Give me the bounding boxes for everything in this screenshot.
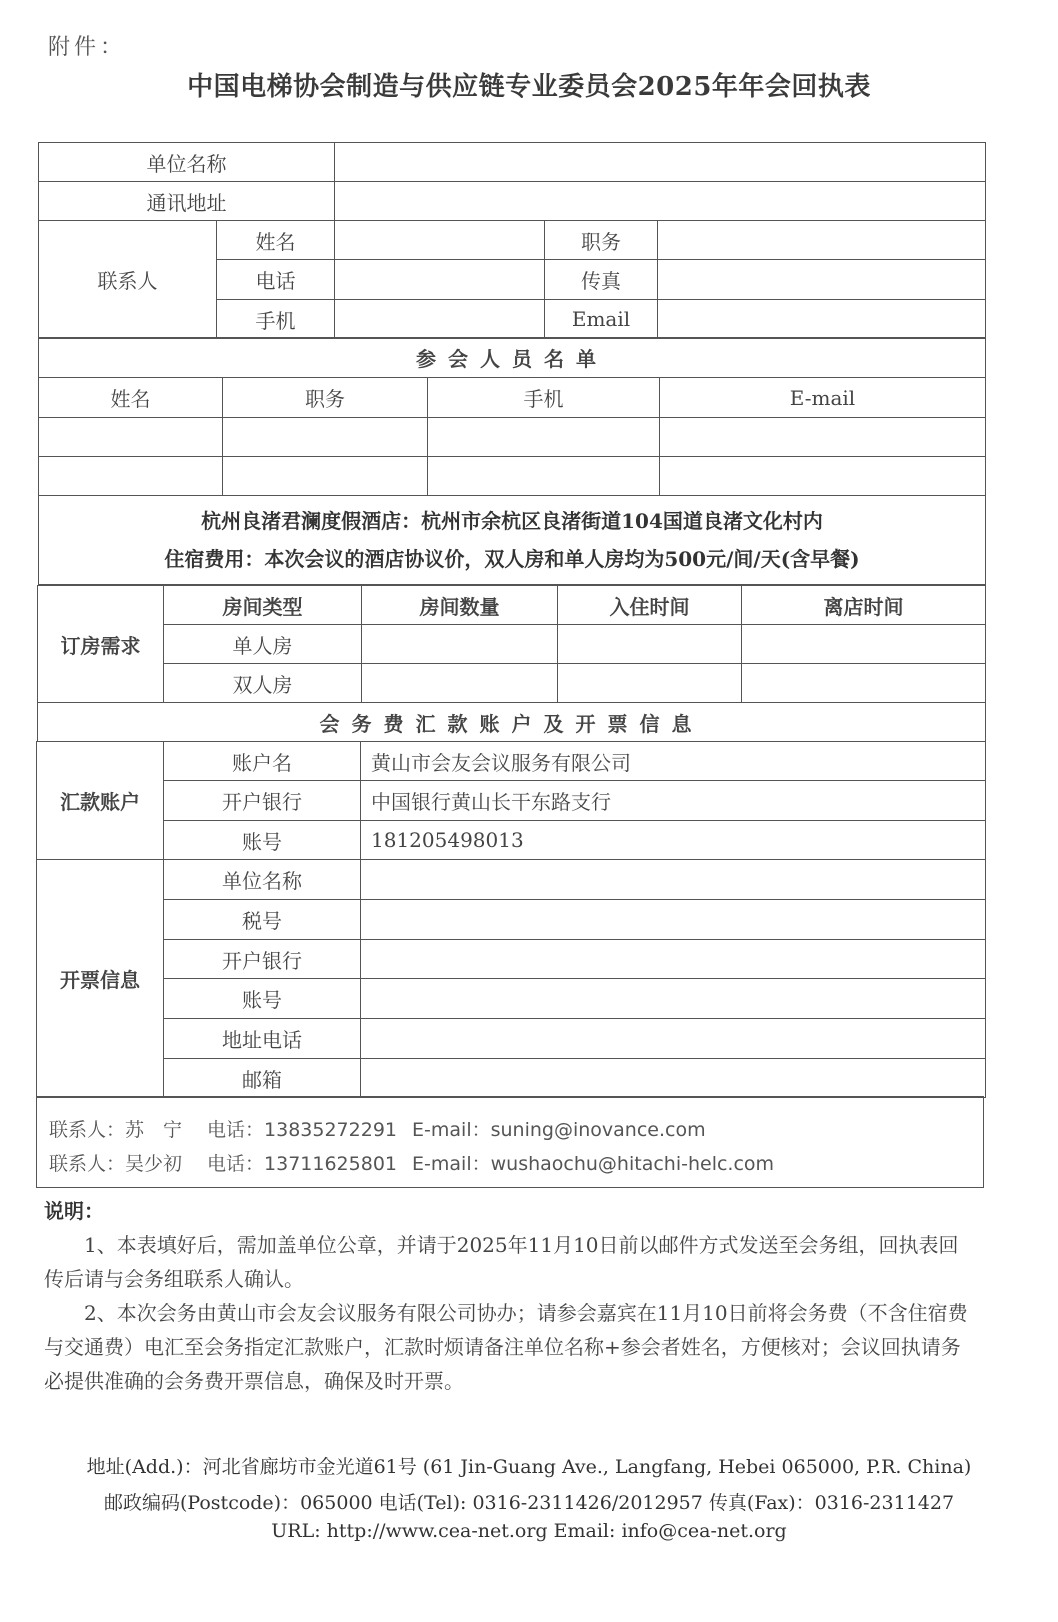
attendee-mobile-field[interactable]: [428, 418, 660, 457]
invoice-bank-label: 开户银行: [164, 940, 361, 979]
attendee-mobile-field[interactable]: [428, 457, 660, 496]
contact-name: 苏 宁: [125, 1115, 207, 1142]
invoice-account-field[interactable]: [361, 979, 986, 1019]
invoice-email-field[interactable]: [361, 1059, 986, 1098]
contact-email-link[interactable]: wushaochu@hitachi-helc.com: [491, 1153, 774, 1175]
checkin-field[interactable]: [558, 625, 742, 664]
attendee-col-name: 姓名: [39, 378, 223, 418]
attendee-col-mobile: 手机: [428, 378, 660, 418]
remit-bank-label: 开户银行: [164, 781, 361, 821]
booking-col-type: 房间类型: [164, 586, 362, 625]
invoice-group-label: 开票信息: [37, 860, 164, 1098]
contact-position-field[interactable]: [658, 221, 986, 260]
invoice-unit-name-label: 单位名称: [164, 860, 361, 900]
attendee-row: [39, 457, 986, 496]
attendee-col-position: 职务: [223, 378, 428, 418]
booking-col-count: 房间数量: [362, 586, 558, 625]
contact-email-field[interactable]: [658, 300, 986, 339]
fee-invoice-table: 汇款账户 账户名 黄山市会友会议服务有限公司 开户银行 中国银行黄山长干东路支行…: [36, 741, 986, 1098]
organizer-contact-row: 联系人：吴少初电话：13711625801E-mail：wushaochu@hi…: [49, 1149, 774, 1176]
attendee-email-field[interactable]: [660, 457, 986, 496]
phone-label: 电话：: [207, 1115, 264, 1142]
booking-col-checkin: 入住时间: [558, 586, 742, 625]
contact-name: 吴少初: [125, 1149, 207, 1176]
email-label: E-mail：: [412, 1149, 491, 1176]
contact-name-field[interactable]: [335, 221, 545, 260]
room-type-double: 双人房: [164, 664, 362, 703]
attendee-name-field[interactable]: [39, 418, 223, 457]
email-label: E-mail：: [412, 1115, 491, 1142]
attendee-col-email: E-mail: [660, 378, 986, 418]
attendee-position-field[interactable]: [223, 418, 428, 457]
booking-col-checkout: 离店时间: [742, 586, 986, 625]
remit-account-number-value: 181205498013: [361, 821, 986, 860]
notes-heading: 说明：: [44, 1194, 976, 1228]
contact-position-label: 职务: [545, 221, 658, 260]
attachment-label: 附件：: [48, 30, 126, 61]
contact-mobile-field[interactable]: [335, 300, 545, 339]
invoice-tax-id-label: 税号: [164, 900, 361, 940]
invoice-address-phone-label: 地址电话: [164, 1019, 361, 1059]
invoice-email-label: 邮箱: [164, 1059, 361, 1098]
contact-phone-label: 电话: [217, 260, 335, 300]
contact-phone: 13711625801: [264, 1153, 412, 1175]
contact-fax-label: 传真: [545, 260, 658, 300]
room-booking-table: 订房需求 房间类型 房间数量 入住时间 离店时间 单人房 双人房 会务费汇款账户…: [37, 585, 986, 742]
remit-account-number-label: 账号: [164, 821, 361, 860]
remit-group-label: 汇款账户: [37, 742, 164, 860]
contact-label: 联系人：: [49, 1149, 125, 1176]
remit-bank-value: 中国银行黄山长干东路支行: [361, 781, 986, 821]
page-title: 中国电梯协会制造与供应链专业委员会2025年年会回执表: [0, 66, 1058, 103]
room-type-single: 单人房: [164, 625, 362, 664]
footer-address: 地址(Add.)：河北省廊坊市金光道61号 (61 Jin-Guang Ave.…: [0, 1452, 1058, 1479]
checkout-field[interactable]: [742, 664, 986, 703]
booking-group-label: 订房需求: [38, 586, 164, 703]
hotel-info: 杭州良渚君澜度假酒店：杭州市余杭区良渚街道104国道良渚文化村内 住宿费用：本次…: [39, 496, 986, 585]
attendee-list-table: 参会人员名单 姓名 职务 手机 E-mail 杭州良渚君澜度假酒店：杭州市余杭区…: [38, 337, 986, 585]
unit-name-label: 单位名称: [39, 143, 335, 182]
contact-fax-field[interactable]: [658, 260, 986, 300]
booking-row-single: 单人房: [38, 625, 986, 664]
contact-phone: 13835272291: [264, 1119, 412, 1141]
attendee-section-title: 参会人员名单: [39, 338, 986, 378]
invoice-account-label: 账号: [164, 979, 361, 1019]
notes-section: 说明： 1、本表填好后，需加盖单位公章，并请于2025年11月10日前以邮件方式…: [44, 1194, 976, 1398]
invoice-bank-field[interactable]: [361, 940, 986, 979]
attendee-email-field[interactable]: [660, 418, 986, 457]
room-count-field[interactable]: [362, 625, 558, 664]
address-field[interactable]: [335, 182, 986, 221]
organizer-contact-row: 联系人：苏 宁电话：13835272291E-mail：suning@inova…: [49, 1115, 706, 1142]
hotel-address: 杭州良渚君澜度假酒店：杭州市余杭区良渚街道104国道良渚文化村内: [39, 502, 985, 540]
checkin-field[interactable]: [558, 664, 742, 703]
unit-name-field[interactable]: [335, 143, 986, 182]
contact-label: 联系人：: [49, 1115, 125, 1142]
registration-form-top: 单位名称 通讯地址 联系人 姓名 职务 电话 传真 手机 Email: [38, 142, 986, 339]
footer-contact: 邮政编码(Postcode)：065000 电话(Tel): 0316-2311…: [0, 1488, 1058, 1515]
room-count-field[interactable]: [362, 664, 558, 703]
booking-row-double: 双人房: [38, 664, 986, 703]
remit-account-name-value: 黄山市会友会议服务有限公司: [361, 742, 986, 781]
organizer-contacts: 联系人：苏 宁电话：13835272291E-mail：suning@inova…: [36, 1096, 984, 1188]
contact-mobile-label: 手机: [217, 300, 335, 339]
invoice-unit-name-field[interactable]: [361, 860, 986, 900]
footer-web: URL: http://www.cea-net.org Email: info@…: [0, 1520, 1058, 1542]
contact-group-label: 联系人: [39, 221, 217, 339]
address-label: 通讯地址: [39, 182, 335, 221]
hotel-price: 住宿费用：本次会议的酒店协议价，双人房和单人房均为500元/间/天(含早餐): [39, 540, 985, 578]
invoice-tax-id-field[interactable]: [361, 900, 986, 940]
attendee-row: [39, 418, 986, 457]
contact-email-label: Email: [545, 300, 658, 339]
invoice-address-phone-field[interactable]: [361, 1019, 986, 1059]
phone-label: 电话：: [207, 1149, 264, 1176]
remit-account-name-label: 账户名: [164, 742, 361, 781]
note-item-1: 1、本表填好后，需加盖单位公章，并请于2025年11月10日前以邮件方式发送至会…: [44, 1228, 976, 1296]
fee-section-title: 会务费汇款账户及开票信息: [38, 703, 986, 742]
note-item-2: 2、本次会务由黄山市会友会议服务有限公司协办；请参会嘉宾在11月10日前将会务费…: [44, 1296, 976, 1398]
contact-name-label: 姓名: [217, 221, 335, 260]
contact-email-link[interactable]: suning@inovance.com: [491, 1119, 706, 1141]
attendee-position-field[interactable]: [223, 457, 428, 496]
contact-phone-field[interactable]: [335, 260, 545, 300]
attendee-name-field[interactable]: [39, 457, 223, 496]
checkout-field[interactable]: [742, 625, 986, 664]
